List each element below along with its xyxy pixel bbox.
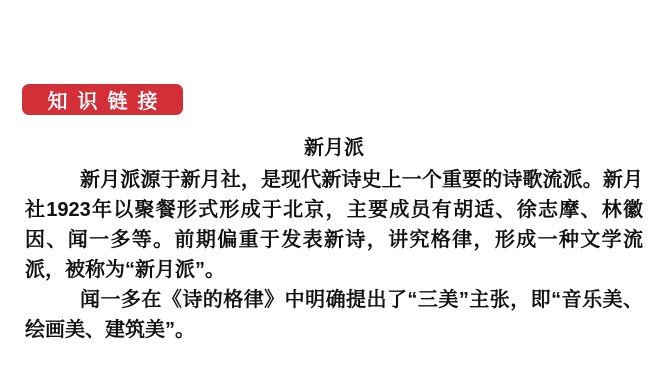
paragraph: 闻一多在《诗的格律》中明确提出了“三美”主张，即“音乐美、绘画美、建筑美”。 [25,285,643,345]
knowledge-link-badge-label: 知识链接 [48,85,168,114]
section-title: 新月派 [25,133,643,163]
paragraph: 新月派源于新月社，是现代新诗史上一个重要的诗歌流派。新月社1923年以聚餐形式形… [25,165,643,285]
slide-body: 新月派 新月派源于新月社，是现代新诗史上一个重要的诗歌流派。新月社1923年以聚… [25,133,643,345]
knowledge-link-badge: 知识链接 [22,84,183,115]
slide: 知识链接 新月派 新月派源于新月社，是现代新诗史上一个重要的诗歌流派。新月社19… [0,0,668,376]
